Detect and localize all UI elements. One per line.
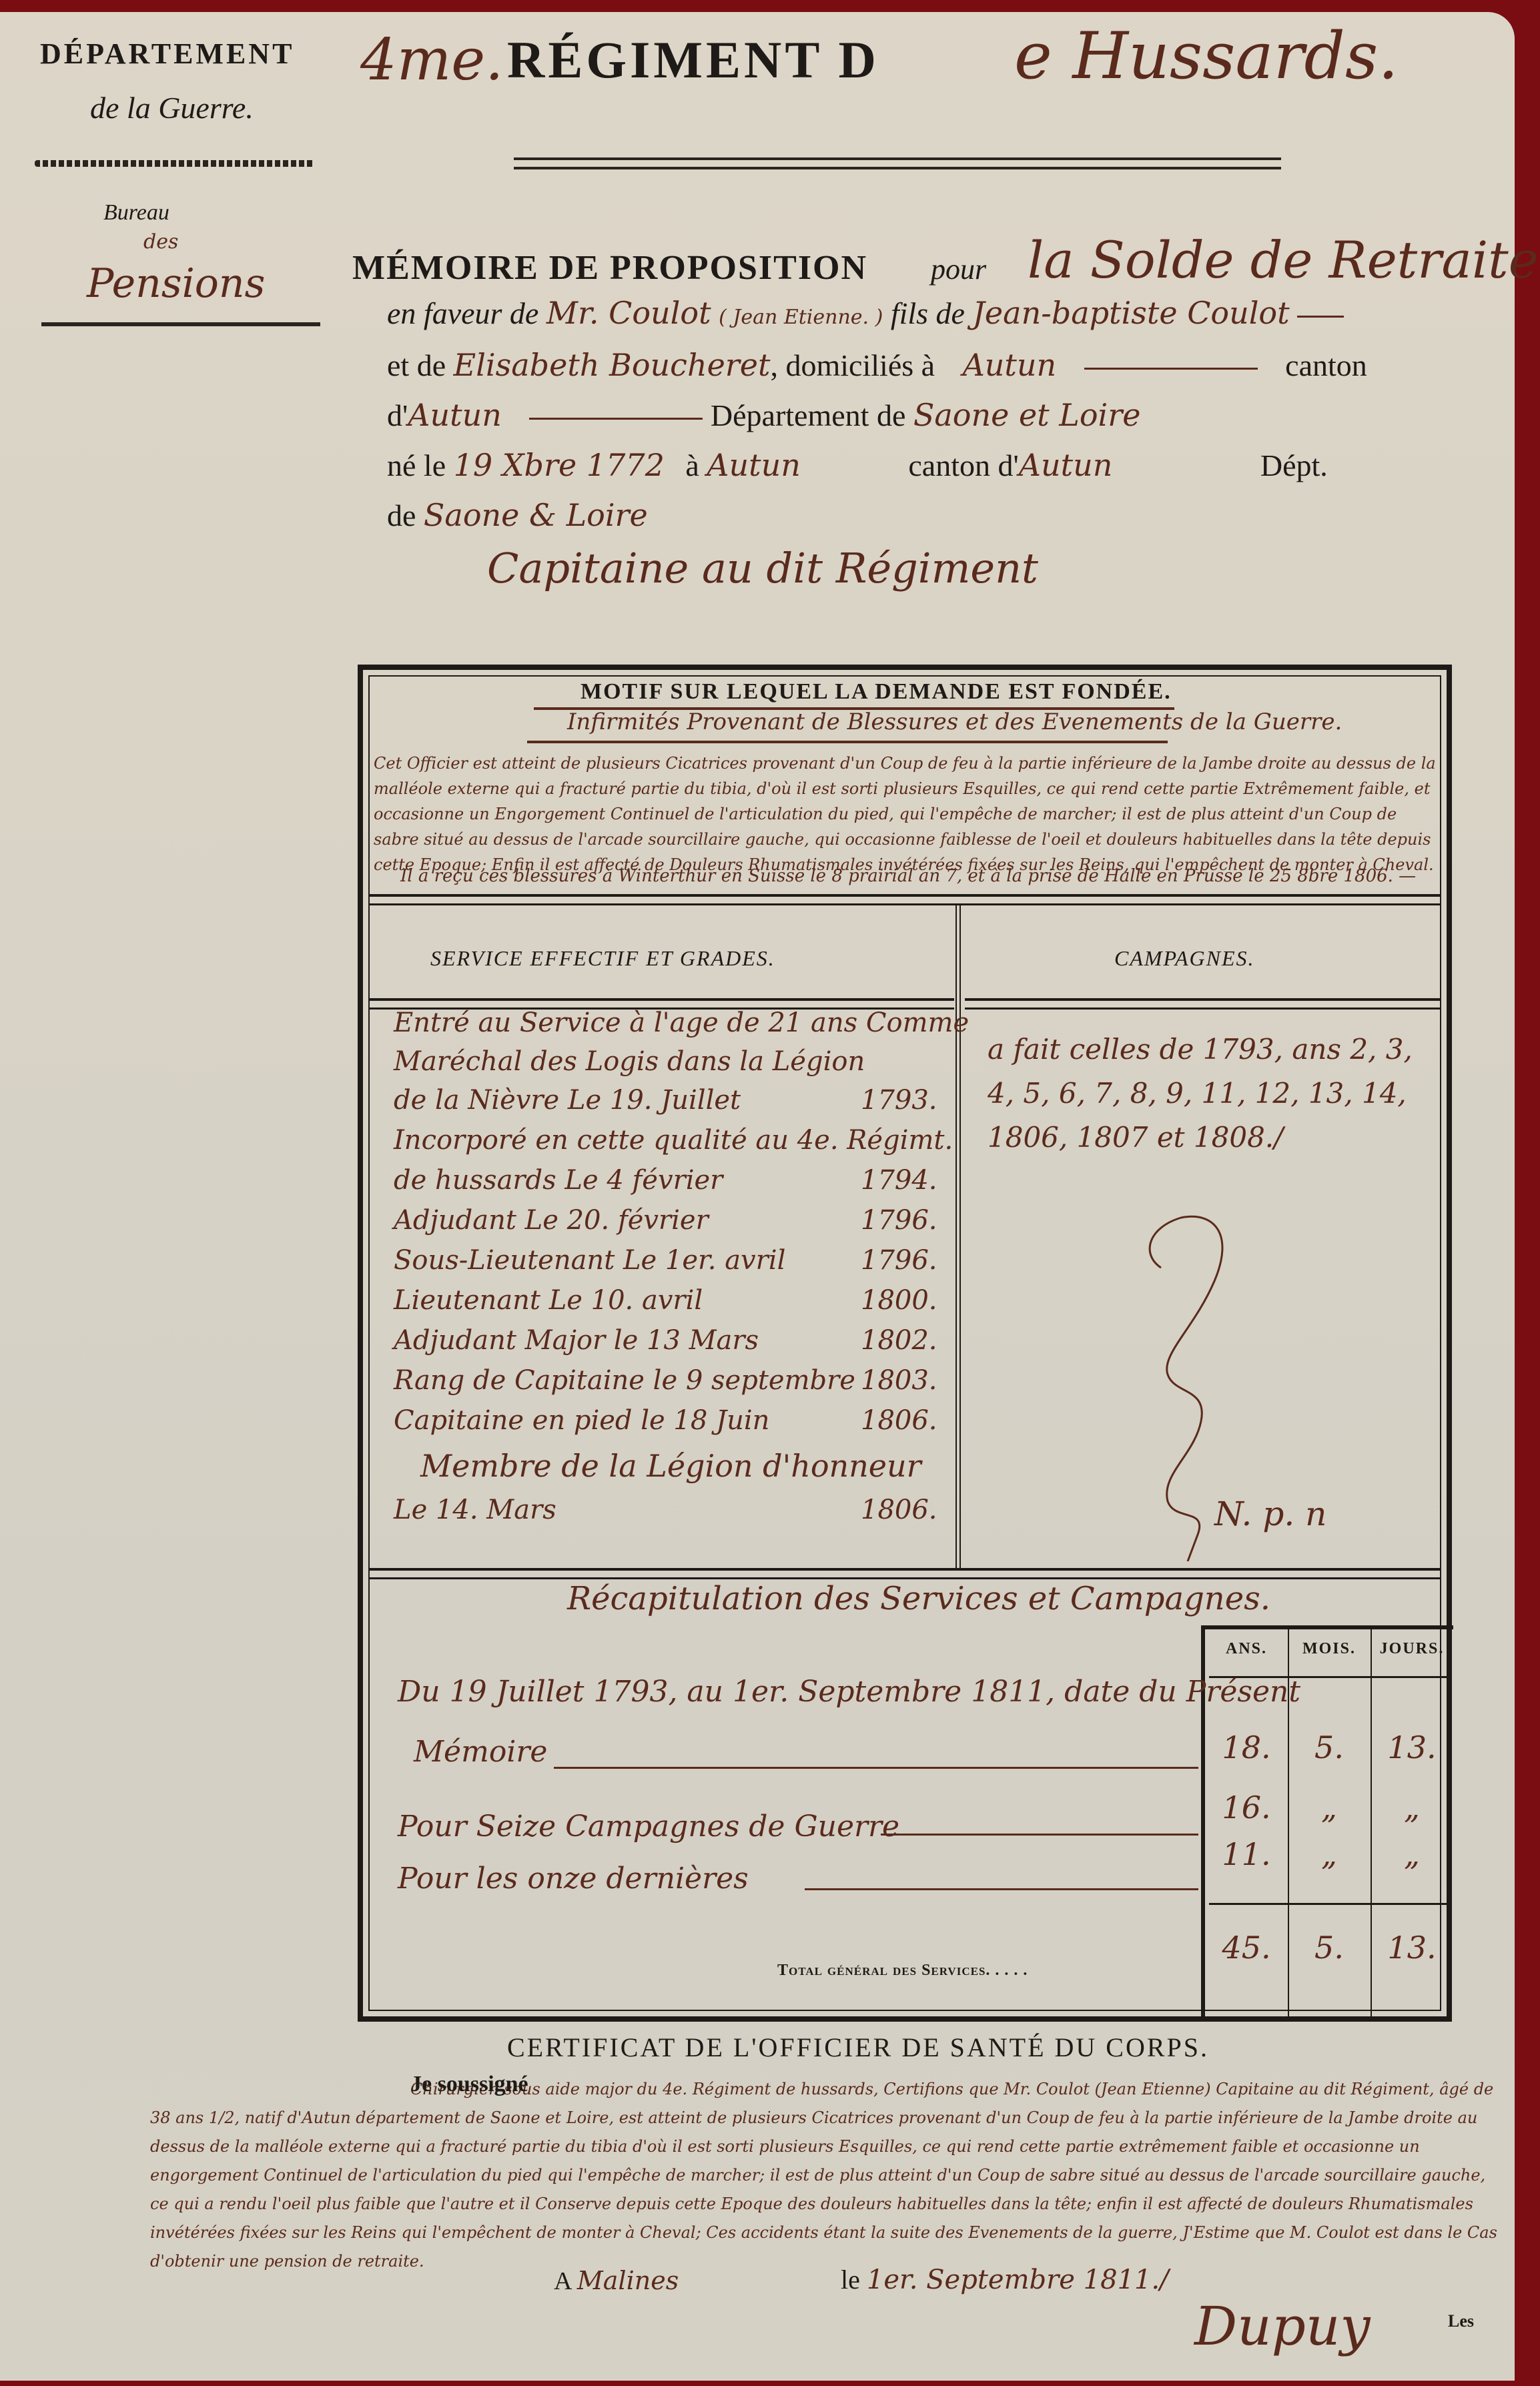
motif-subtitle-rule-bottom [527,741,1168,743]
wavy-divider [35,160,315,167]
birth-canton-label: canton d' [908,448,1018,482]
recap-ans: 18. [1205,1729,1288,1765]
regiment-type: e Hussards. [1014,19,1399,93]
date-value: 1er. Septembre 1811./ [867,2265,1169,2295]
certificat-intro: Je soussigné [410,2072,528,2097]
campagnes-header: CAMPAGNES. [1114,946,1255,971]
motif-body: Cet Officier est atteint de plusieurs Ci… [374,751,1441,877]
service-year: 1802. [861,1325,937,1356]
recap-jours: „ [1371,1836,1453,1872]
en-faveur-label: en faveur de [387,296,538,330]
memoire-row-birth-dept: de Saone & Loire [387,497,648,533]
column-divider [955,903,961,1571]
section-rule [368,894,1441,905]
recap-jours: „ [1371,1789,1453,1826]
et-de-label: et de [387,348,446,382]
recap-ans: 11. [1205,1836,1288,1872]
recap-row-label: Pour les onze dernières [398,1862,749,1896]
service-entry: Adjudant Major le 13 Mars [394,1325,759,1356]
certificat-place: A Malines [554,2266,679,2296]
campagnes-text: a fait celles de 1793, ans 2, 3, 4, 5, 6… [988,1028,1441,1160]
de-label: de [387,498,416,532]
departement-label: Département de [711,398,905,432]
title-rule [514,157,1281,169]
certificat-title: CERTIFICAT DE L'OFFICIER DE SANTÉ DU COR… [507,2032,1209,2063]
recap-mois: „ [1288,1836,1371,1872]
department-title: DÉPARTEMENT [40,37,294,71]
total-jours: 13. [1371,1930,1453,1966]
birth-canton: Autun [1019,447,1113,483]
bureau-pensions: Pensions [87,260,265,307]
memoire-row-mother: et de Elisabeth Boucheret, domiciliés à … [387,347,1367,383]
canton-value: Autun [408,397,502,433]
bureau-des: des [143,230,178,254]
birth-place: Autun [707,447,801,483]
service-year: 1806. [861,1495,937,1525]
service-entry: Le 14. Mars [394,1495,556,1525]
grade: Capitaine au dit Régiment [487,544,1038,592]
service-year: 1796. [861,1205,937,1236]
service-entry: Adjudant Le 20. février [394,1205,709,1236]
service-entry: Entré au Service à l'age de 21 ans Comme [394,1008,969,1038]
service-entry: Membre de la Légion d'honneur [420,1448,921,1484]
memoire-title: MÉMOIRE DE PROPOSITION [352,248,867,288]
service-entry: Lieutenant Le 10. avril [394,1285,703,1316]
total-ans: 45. [1205,1930,1288,1966]
service-entry: Maréchal des Logis dans la Légion [394,1046,865,1077]
beneficiary-name: Mr. Coulot [546,295,711,331]
place-value: Malines [577,2266,679,2295]
ne-le-label: né le [387,448,446,482]
recap-title: Récapitulation des Services et Campagnes… [567,1580,1270,1617]
recap-row-label2: Mémoire [414,1735,547,1769]
col-jours: JOURS. [1371,1640,1453,1658]
father-name: Jean-baptiste Coulot [972,295,1289,331]
recap-mois: 5. [1288,1729,1371,1765]
memoire-row-birth: né le 19 Xbre 1772 à Autun canton d'Autu… [387,447,1328,483]
service-year: 1794. [861,1165,937,1196]
fils-de-label: fils de [891,296,965,330]
domicile: Autun [963,347,1057,383]
memoire-row-canton: d'Autun Département de Saone et Loire [387,397,1140,433]
canton-label: canton [1285,348,1367,382]
domicilies-label: , domiciliés à [771,348,935,382]
signature-suffix: Les [1448,2311,1474,2331]
bureau-rule [41,322,320,326]
memoire-row-beneficiary: en faveur de Mr. Coulot ( Jean Etienne. … [387,295,1344,331]
campagnes-initials: N. p. n [1214,1495,1326,1533]
regiment-title: RÉGIMENT D [507,30,879,90]
departement-value: Saone et Loire [913,397,1141,433]
service-header: SERVICE EFFECTIF ET GRADES. [430,946,775,971]
birth-departement: Saone & Loire [424,497,648,533]
birth-date: 19 Xbre 1772 [454,447,665,483]
regiment-number: 4me. [360,27,504,93]
memoire-pour: pour [931,252,986,286]
service-year: 1806. [861,1405,937,1436]
signature: Dupuy [1194,2295,1371,2357]
total-label: Total général des Services. . . . . [777,1962,1028,1980]
canton-prefix: d' [387,398,408,432]
service-year: 1803. [861,1365,937,1396]
beneficiary-given-names: ( Jean Etienne. ) [719,306,883,329]
col-mois: MOIS. [1288,1640,1371,1658]
motif-wound-note: Il a reçu ces blessures à Winterthur en … [400,866,1416,886]
birth-a-label: à [685,448,699,482]
service-entry: de la Nièvre Le 19. Juillet [394,1085,741,1116]
recap-row-label: Pour Seize Campagnes de Guerre [398,1810,899,1844]
service-year: 1796. [861,1245,937,1276]
col-ans: ANS. [1205,1640,1288,1658]
motif-title: MOTIF SUR LEQUEL LA DEMANDE EST FONDÉE. [581,679,1172,705]
recap-ans: 16. [1205,1789,1288,1826]
total-mois: 5. [1288,1930,1371,1966]
mother-name: Elisabeth Boucheret [454,347,771,383]
recap-row-label: Du 19 Juillet 1793, au 1er. Septembre 18… [398,1675,1300,1709]
certificat-body: Chirurgien sous aide major du 4e. Régime… [150,2075,1505,2276]
recap-jours: 13. [1371,1729,1453,1765]
motif-subtitle: Infirmités Provenant de Blessures et des… [567,709,1342,735]
service-entry: Incorporé en cette qualité au 4e. Régimt… [394,1125,953,1156]
bureau-label: Bureau [103,200,169,226]
recap-mois: „ [1288,1789,1371,1826]
service-entry: Rang de Capitaine le 9 septembre [394,1365,855,1396]
certificat-date: le 1er. Septembre 1811./ [841,2264,1169,2295]
dept-label: Dépt. [1260,448,1328,482]
campagnes-header-rule [965,998,1440,1010]
memoire-purpose: la Solde de Retraite [1028,230,1539,290]
service-entry: Capitaine en pied le 18 Juin [394,1405,769,1436]
service-year: 1800. [861,1285,937,1316]
service-entry: Sous-Lieutenant Le 1er. avril [394,1245,785,1276]
recap-rule [368,1568,1441,1579]
service-year: 1793. [861,1085,937,1116]
department-subtitle: de la Guerre. [90,90,254,125]
service-entry: de hussards Le 4 février [394,1165,723,1196]
